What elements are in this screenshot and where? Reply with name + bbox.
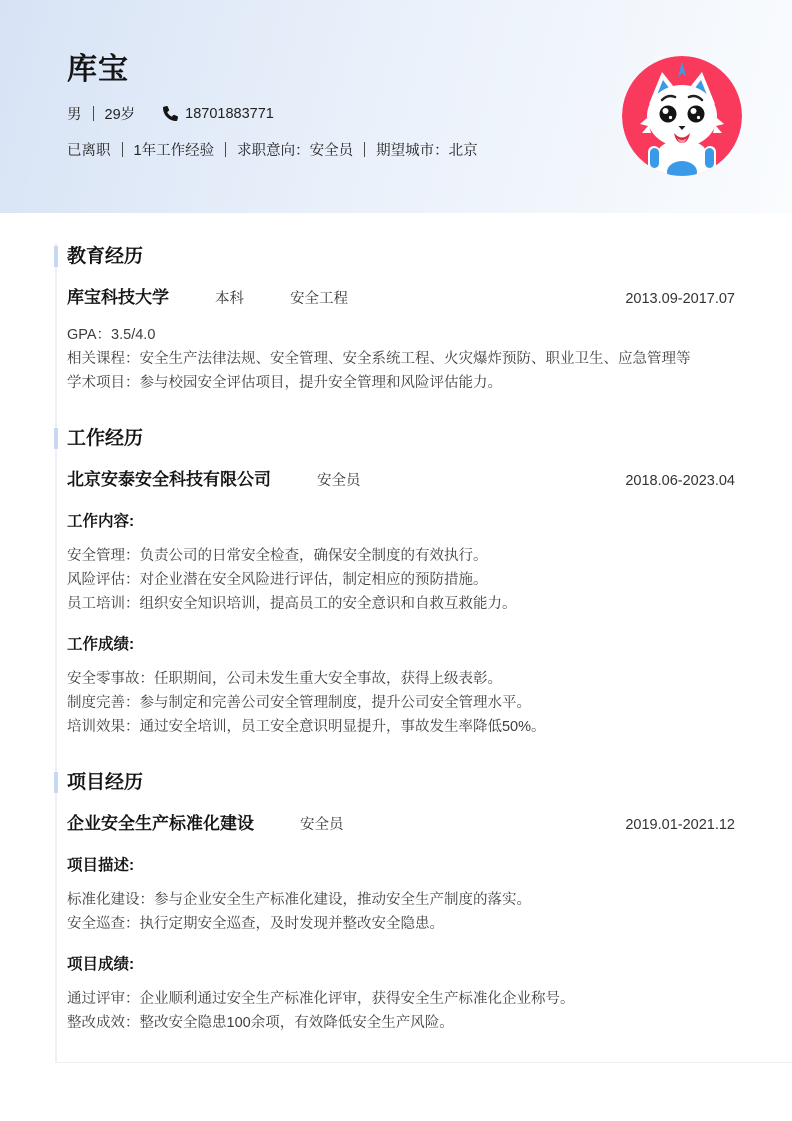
detail-line: GPA：3.5/4.0 [67, 323, 735, 347]
resume-header: 库宝 男 29岁 18701883771 已离职 1年工作经验 求职意向：安全员… [0, 0, 792, 213]
entry-header: 北京安泰安全科技有限公司 安全员 2018.06-2023.04 [67, 468, 735, 493]
block-heading: 工作内容: [67, 511, 735, 532]
entry-header: 企业安全生产标准化建设 安全员 2019.01-2021.12 [67, 812, 735, 837]
section-title: 教育经历 [67, 243, 735, 270]
detail-line: 相关课程：安全生产法律法规、安全管理、安全系统工程、火灾爆炸预防、职业卫生、应急… [67, 347, 735, 371]
separator [225, 142, 226, 157]
major-label: 安全工程 [290, 287, 348, 311]
phone-icon [163, 106, 178, 121]
detail-line: 安全零事故：任职期间，公司未发生重大安全事故，获得上级表彰。 [67, 667, 735, 691]
project-entry: 企业安全生产标准化建设 安全员 2019.01-2021.12 项目描述: 标准… [67, 812, 735, 1035]
detail-block: 安全零事故：任职期间，公司未发生重大安全事故，获得上级表彰。 制度完善：参与制定… [67, 667, 735, 739]
date-range: 2013.09-2017.07 [625, 287, 735, 311]
date-range: 2019.01-2021.12 [625, 813, 735, 837]
project-name: 企业安全生产标准化建设 [67, 812, 254, 836]
separator [93, 106, 94, 121]
separator [122, 142, 123, 157]
avatar [622, 56, 742, 176]
section-accent-bar [54, 428, 58, 449]
date-range: 2018.06-2023.04 [625, 469, 735, 493]
job-title-label: 安全员 [317, 469, 361, 493]
block-heading: 项目成绩: [67, 954, 735, 975]
block-heading: 工作成绩: [67, 634, 735, 655]
detail-line: 安全巡查：执行定期安全巡查，及时发现并整改安全隐患。 [67, 912, 735, 936]
section-title-text: 项目经历 [67, 772, 143, 793]
section-title: 工作经历 [67, 425, 735, 452]
detail-line: 安全管理：负责公司的日常安全检查，确保安全制度的有效执行。 [67, 544, 735, 568]
phone-group: 18701883771 [163, 106, 274, 122]
phone-number: 18701883771 [185, 106, 274, 122]
content-end-line [55, 1062, 792, 1063]
section-title-text: 工作经历 [67, 428, 143, 449]
section-projects: 项目经历 企业安全生产标准化建设 安全员 2019.01-2021.12 项目描… [67, 769, 735, 1035]
detail-line: 员工培训：组织安全知识培训，提高员工的安全意识和自救互救能力。 [67, 592, 735, 616]
age-label: 29岁 [105, 103, 136, 124]
status-label: 已离职 [67, 139, 111, 160]
section-title-text: 教育经历 [67, 246, 143, 267]
work-entry: 北京安泰安全科技有限公司 安全员 2018.06-2023.04 工作内容: 安… [67, 468, 735, 739]
section-title: 项目经历 [67, 769, 735, 796]
detail-line: 学术项目：参与校园安全评估项目，提升安全管理和风险评估能力。 [67, 371, 735, 395]
entry-header: 库宝科技大学 本科 安全工程 2013.09-2017.07 [67, 286, 735, 311]
resume-page: 库宝 男 29岁 18701883771 已离职 1年工作经验 求职意向：安全员… [0, 0, 792, 1121]
resume-body: 教育经历 库宝科技大学 本科 安全工程 2013.09-2017.07 GPA：… [0, 243, 792, 1035]
separator [364, 142, 365, 157]
section-education: 教育经历 库宝科技大学 本科 安全工程 2013.09-2017.07 GPA：… [67, 243, 735, 395]
timeline-line [55, 243, 57, 1062]
job-intention-label: 求职意向：安全员 [237, 139, 353, 160]
experience-label: 1年工作经验 [134, 139, 215, 160]
expected-city-label: 期望城市：北京 [376, 139, 478, 160]
gender-label: 男 [67, 103, 82, 124]
detail-block: 标准化建设：参与企业安全生产标准化建设，推动安全生产制度的落实。 安全巡查：执行… [67, 888, 735, 936]
section-accent-bar [54, 772, 58, 793]
section-work: 工作经历 北京安泰安全科技有限公司 安全员 2018.06-2023.04 工作… [67, 425, 735, 739]
detail-line: 标准化建设：参与企业安全生产标准化建设，推动安全生产制度的落实。 [67, 888, 735, 912]
detail-block: 通过评审：企业顺利通过安全生产标准化评审，获得安全生产标准化企业称号。 整改成效… [67, 987, 735, 1035]
cat-mascot-icon [622, 56, 742, 176]
detail-block: GPA：3.5/4.0 相关课程：安全生产法律法规、安全管理、安全系统工程、火灾… [67, 323, 735, 395]
detail-line: 制度完善：参与制定和完善公司安全管理制度，提升公司安全管理水平。 [67, 691, 735, 715]
school-name: 库宝科技大学 [67, 286, 169, 310]
detail-line: 培训效果：通过安全培训，员工安全意识明显提升，事故发生率降低50%。 [67, 715, 735, 739]
detail-line: 整改成效：整改安全隐患100余项，有效降低安全生产风险。 [67, 1011, 735, 1035]
block-heading: 项目描述: [67, 855, 735, 876]
detail-line: 风险评估：对企业潜在安全风险进行评估，制定相应的预防措施。 [67, 568, 735, 592]
degree-label: 本科 [215, 287, 244, 311]
education-entry: 库宝科技大学 本科 安全工程 2013.09-2017.07 GPA：3.5/4… [67, 286, 735, 395]
section-accent-bar [54, 246, 58, 267]
project-role-label: 安全员 [300, 813, 344, 837]
detail-block: 安全管理：负责公司的日常安全检查，确保安全制度的有效执行。 风险评估：对企业潜在… [67, 544, 735, 616]
company-name: 北京安泰安全科技有限公司 [67, 468, 271, 492]
detail-line: 通过评审：企业顺利通过安全生产标准化评审，获得安全生产标准化企业称号。 [67, 987, 735, 1011]
